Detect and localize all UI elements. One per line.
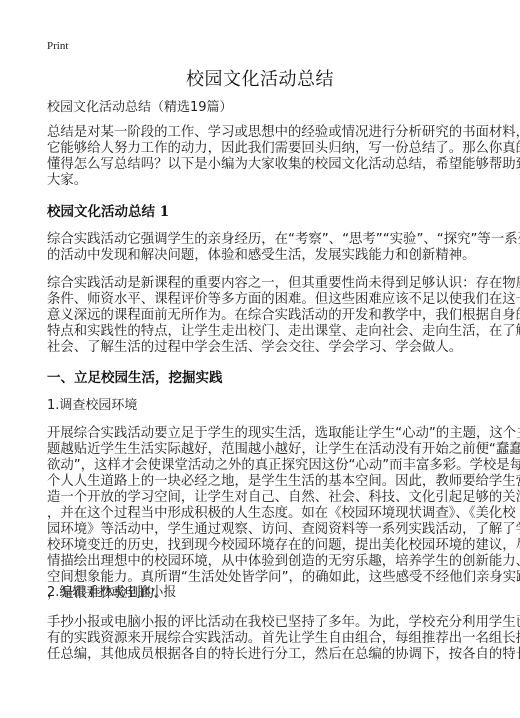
text-line: 的活动中发现和解决问题，体验和感受生活，发展实践能力和创新精神。 — [47, 248, 475, 264]
text-line: 条件、师资水平、课程评价等多方面的困难。但这些困难应该不足以使我们在这一 — [47, 292, 475, 308]
text-line: 社会、了解生活的过程中学会生活、学会交往、学会学习、学会做人。 — [47, 340, 475, 356]
text-line: 园环境》等活动中，学生通过观察、访问、查阅资料等一系列实践活动，了解了学 — [47, 522, 475, 538]
text-line: 题越贴近学生生活实际越好，范围越小越好，让学生在活动没有开始之前便“蠢蠢 — [47, 442, 475, 458]
text-line: 大家。 — [47, 173, 475, 189]
text-line: 手抄小报或电脑小报的评比活动在我校已坚持了多年。为此，学校充分利用学生已 — [47, 615, 475, 631]
text-line: 欲动”，这样才会使课堂活动之外的真正探究因这份“心动”而丰富多彩。学校是每 — [47, 458, 475, 474]
print-label: Print — [47, 40, 68, 52]
text-line: 空间想象能力。真所谓“生活处处皆学问”，的确如此，这些感受不经他们亲身实践 — [47, 570, 475, 586]
subsection-heading: 一、立足校园生活，挖掘实践 — [47, 369, 475, 387]
text-line: 个人人生道路上的一块必经之地，是学生生活的基本空间。因此，教师要给学生营 — [47, 474, 475, 490]
document-subtitle: 校园文化活动总结（精选19篇） — [47, 100, 475, 116]
text-line: 情描绘出理想中的校园环境，从中体验到创造的无穷乐趣，培养学生的创新能力、 — [47, 554, 475, 570]
paragraph: 手抄小报或电脑小报的评比活动在我校已坚持了多年。为此，学校充分利用学生已 有的实… — [47, 615, 475, 663]
item-title: 2.编辑手抄或电脑小报 — [47, 585, 475, 601]
text-line: 任总编，其他成员根据各自的特长进行分工，然后在总编的协调下，按各自的特长 — [47, 647, 475, 663]
paragraph: 开展综合实践活动要立足于学生的现实生活，选取能让学生“心动”的主题，这个主 题越… — [47, 426, 475, 602]
text-line: 综合实践活动是新课程的重要内容之一，但其重要性尚未得到足够认识：存在物质 — [47, 276, 475, 292]
text-line: 开展综合实践活动要立足于学生的现实生活，选取能让学生“心动”的主题，这个主 — [47, 426, 475, 442]
text-line: 造一个开放的学习空间，让学生对自己、自然、社会、科技、文化引起足够的关注 — [47, 490, 475, 506]
paragraph: 综合实践活动是新课程的重要内容之一，但其重要性尚未得到足够认识：存在物质 条件、… — [47, 276, 475, 356]
text-line: 它能够给人努力工作的动力，因此我们需要回头归纳，写一份总结了。那么你真的 — [47, 141, 475, 157]
paragraph: 综合实践活动它强调学生的亲身经历，在“考察”、“思考”“实验”、“探究”等一系列… — [47, 232, 475, 264]
text-line: 总结是对某一阶段的工作、学习或思想中的经验或情况进行分析研究的书面材料， — [47, 125, 475, 141]
item-title: 1.调查校园环境 — [47, 398, 475, 414]
text-line: 懂得怎么写总结吗？以下是小编为大家收集的校园文化活动总结，希望能够帮助到 — [47, 157, 475, 173]
text-line: 有的实践资源来开展综合实践活动。首先让学生自由组合，每组推荐出一名组长担 — [47, 631, 475, 647]
intro-paragraph: 总结是对某一阶段的工作、学习或思想中的经验或情况进行分析研究的书面材料， 它能够… — [47, 125, 475, 189]
text-line: ，并在这个过程当中形成积极的人生态度。如在《校园环境现状调查》、《美化校 — [47, 506, 475, 522]
document-title: 校园文化活动总结 — [0, 69, 520, 91]
section-heading: 校园文化活动总结 1 — [47, 203, 475, 221]
text-line: 意义深远的课程面前无所作为。在综合实践活动的开发和教学中，我们根据自身的 — [47, 308, 475, 324]
text-line: 特点和实践性的特点，让学生走出校门、走出课堂、走向社会、走向生活，在了解 — [47, 324, 475, 340]
text-line: 综合实践活动它强调学生的亲身经历，在“考察”、“思考”“实验”、“探究”等一系列 — [47, 232, 475, 248]
text-line: 校环境变迁的历史，找到现今校园环境存在的问题，提出美化校园环境的建议，尽 — [47, 538, 475, 554]
